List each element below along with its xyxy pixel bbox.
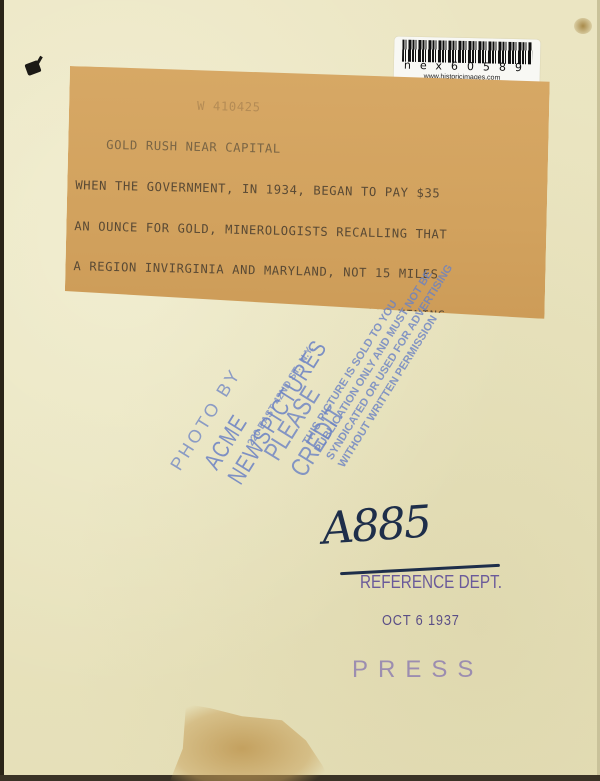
handwritten-reference-number: A885	[320, 496, 431, 554]
scan-edge-left	[0, 0, 4, 781]
caption-title: GOLD RUSH NEAR CAPITAL	[76, 138, 546, 162]
reference-dept-stamp: REFERENCE DEPT.	[360, 572, 502, 593]
corner-stain	[574, 18, 592, 34]
caption-line: AN OUNCE FOR GOLD, MINEROLOGISTS RECALLI…	[74, 220, 544, 244]
caption-code: W 410425	[77, 97, 547, 121]
barcode-code: nex60589	[404, 59, 532, 75]
caption-line: WHEN THE GOVERNMENT, IN 1934, BEGAN TO P…	[75, 179, 545, 203]
received-date-stamp: OCT 6 1937	[382, 612, 460, 629]
press-stamp: PRESS	[352, 656, 483, 684]
